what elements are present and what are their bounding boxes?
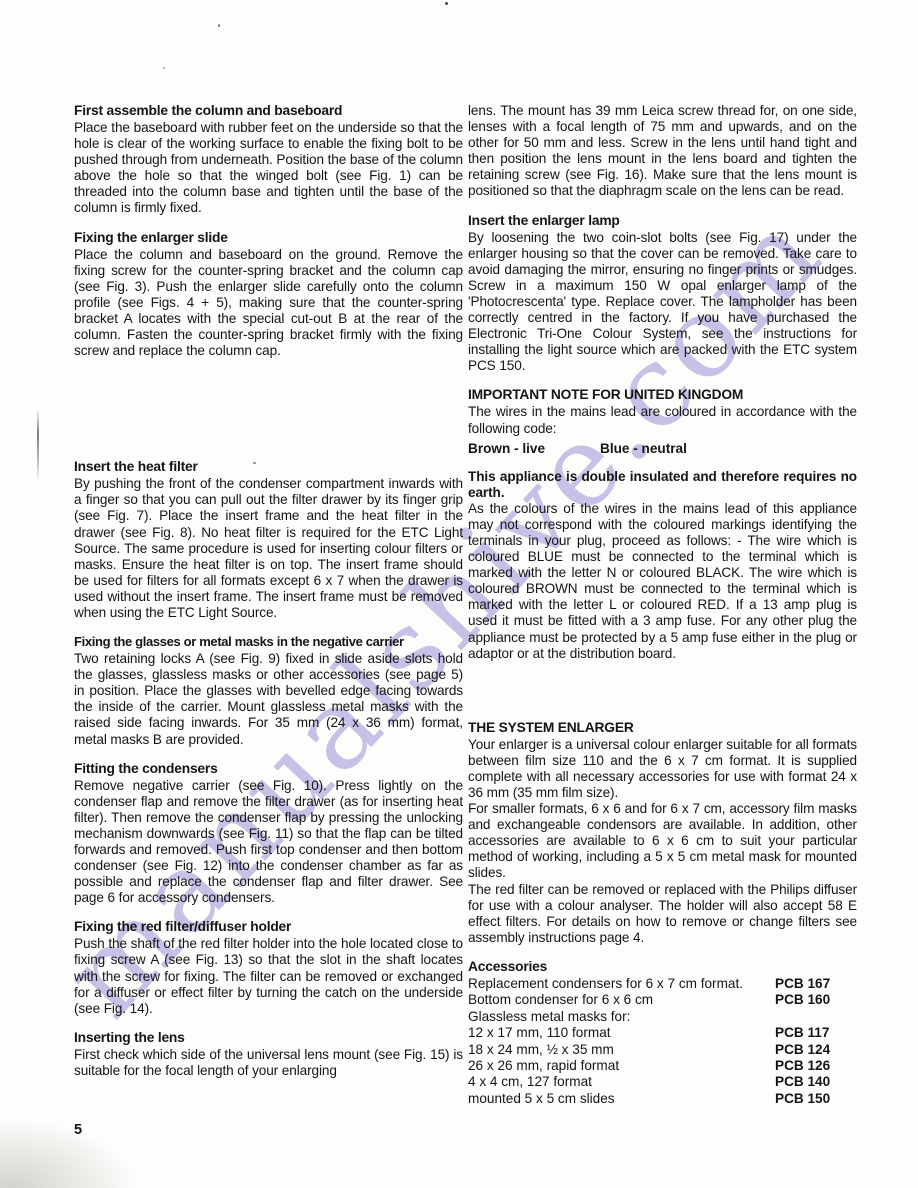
accessory-code: PCB 167 (775, 976, 830, 992)
section-enlarger-lamp: Insert the enlarger lamp By loosening th… (468, 213, 857, 375)
accessory-item: Bottom condenser for 6 x 6 cm (468, 992, 775, 1008)
code-blue-neutral: Blue - neutral (600, 441, 687, 456)
accessory-item: Glassless metal masks for: (468, 1009, 775, 1025)
accessory-item: Replacement condensers for 6 x 7 cm form… (468, 976, 775, 992)
section-heading: Fixing the red filter/diffuser holder (74, 919, 463, 934)
section-body: Place the column and baseboard on the gr… (74, 247, 463, 360)
accessory-item: 12 x 17 mm, 110 format (468, 1025, 775, 1041)
accessory-code: PCB 124 (775, 1042, 830, 1058)
section-red-filter: Fixing the red filter/diffuser holder Pu… (74, 919, 463, 1016)
section-heading: Accessories (468, 959, 857, 974)
section-heading: Inserting the lens (74, 1030, 463, 1045)
section-body: By pushing the front of the condenser co… (74, 476, 463, 621)
section-body: Place the baseboard with rubber feet on … (74, 120, 463, 217)
section-heading: Insert the heat filter (74, 459, 463, 474)
accessory-row: Replacement condensers for 6 x 7 cm form… (468, 976, 857, 992)
section-lens-continuation: lens. The mount has 39 mm Leica screw th… (468, 103, 857, 200)
code-brown-live: Brown - live (468, 441, 600, 456)
section-heat-filter: Insert the heat filter By pushing the fr… (74, 459, 463, 621)
section-body: As the colours of the wires in the mains… (468, 501, 857, 662)
section-body: The red filter can be removed or replace… (468, 882, 857, 946)
right-column: lens. The mount has 39 mm Leica screw th… (468, 103, 857, 1120)
section-inserting-lens: Inserting the lens First check which sid… (74, 1030, 463, 1079)
section-heading: First assemble the column and baseboard (74, 103, 463, 118)
left-column: First assemble the column and baseboard … (74, 103, 463, 1092)
accessory-code: PCB 126 (775, 1058, 830, 1074)
wire-colour-codes: Brown - live Blue - neutral (468, 441, 857, 456)
scan-speck (218, 24, 220, 27)
section-body: Remove negative carrier (see Fig. 10). P… (74, 778, 463, 907)
section-heading: THE SYSTEM ENLARGER (468, 720, 857, 735)
accessory-item: mounted 5 x 5 cm slides (468, 1091, 775, 1107)
section-glasses-masks: Fixing the glasses or metal masks in the… (74, 634, 463, 748)
section-body: Two retaining locks A (see Fig. 9) fixed… (74, 651, 463, 748)
accessory-row: 12 x 17 mm, 110 formatPCB 117 (468, 1025, 857, 1041)
scan-speck (445, 2, 448, 5)
section-double-insulated: This appliance is double insulated and t… (468, 469, 857, 662)
section-heading: IMPORTANT NOTE FOR UNITED KINGDOM (468, 387, 857, 402)
section-heading: Fitting the condensers (74, 761, 463, 776)
section-heading: Fixing the enlarger slide (74, 230, 463, 245)
accessory-row: mounted 5 x 5 cm slidesPCB 150 (468, 1091, 857, 1107)
scan-corner-shadow (0, 1118, 140, 1188)
accessory-row: 4 x 4 cm, 127 formatPCB 140 (468, 1074, 857, 1090)
page-number: 5 (74, 1122, 82, 1138)
accessory-code: PCB 160 (775, 992, 830, 1008)
section-uk-note: IMPORTANT NOTE FOR UNITED KINGDOM The wi… (468, 387, 857, 455)
accessory-item: 4 x 4 cm, 127 format (468, 1074, 775, 1090)
accessory-item: 18 x 24 mm, ½ x 35 mm (468, 1042, 775, 1058)
section-body: The wires in the mains lead are coloured… (468, 404, 857, 436)
section-body: lens. The mount has 39 mm Leica screw th… (468, 103, 857, 200)
accessory-row: Bottom condenser for 6 x 6 cmPCB 160 (468, 992, 857, 1008)
scan-speck (163, 67, 165, 69)
section-system-enlarger: THE SYSTEM ENLARGER Your enlarger is a u… (468, 720, 857, 946)
accessory-code: PCB 117 (775, 1025, 829, 1041)
section-heading: Insert the enlarger lamp (468, 213, 857, 228)
accessory-code: PCB 150 (775, 1091, 830, 1107)
section-body: For smaller formats, 6 x 6 and for 6 x 7… (468, 801, 857, 881)
scan-scratch-mark (37, 408, 39, 482)
insulated-heading: This appliance is double insulated and t… (468, 469, 857, 501)
section-assemble-column: First assemble the column and baseboard … (74, 103, 463, 217)
accessory-row: 26 x 26 mm, rapid formatPCB 126 (468, 1058, 857, 1074)
accessory-item: 26 x 26 mm, rapid format (468, 1058, 775, 1074)
section-accessories: Accessories Replacement condensers for 6… (468, 959, 857, 1107)
section-body: Push the shaft of the red filter holder … (74, 936, 463, 1016)
section-enlarger-slide: Fixing the enlarger slide Place the colu… (74, 230, 463, 360)
section-heading: Fixing the glasses or metal masks in the… (74, 634, 463, 649)
accessories-table: Replacement condensers for 6 x 7 cm form… (468, 976, 857, 1107)
accessory-code: PCB 140 (775, 1074, 830, 1090)
section-body: Your enlarger is a universal colour enla… (468, 737, 857, 801)
accessory-row: 18 x 24 mm, ½ x 35 mmPCB 124 (468, 1042, 857, 1058)
scanned-manual-page: manualshive.com First assemble the colum… (0, 0, 918, 1188)
section-body: First check which side of the universal … (74, 1047, 463, 1079)
section-body: By loosening the two coin-slot bolts (se… (468, 230, 857, 375)
section-condensers: Fitting the condensers Remove negative c… (74, 761, 463, 907)
accessory-row: Glassless metal masks for: (468, 1009, 857, 1025)
